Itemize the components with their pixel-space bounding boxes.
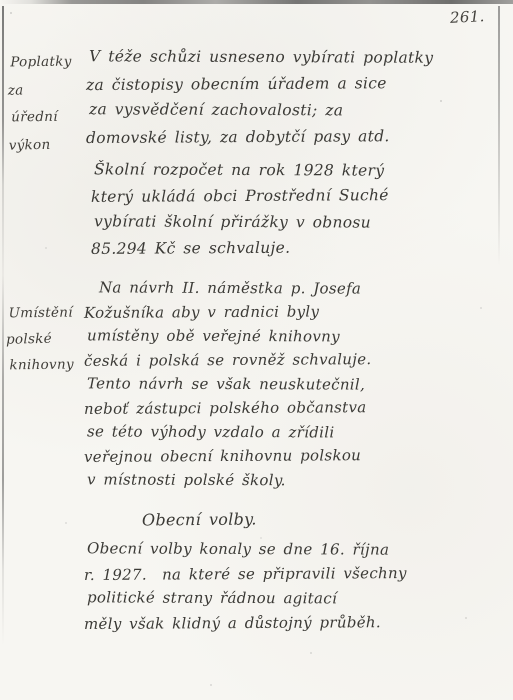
- margin-note-fees: Poplatky za úřední výkon: [9, 48, 72, 159]
- text-line: česká i polská se rovněž schvaluje.: [84, 347, 372, 373]
- text-line: který ukládá obci Prostřední Suché: [91, 182, 389, 210]
- text-line: se této výhody vzdalo a zřídili: [87, 419, 375, 444]
- text-line: Na návrh II. náměstka p. Josefa: [87, 275, 375, 300]
- margin-note-line: knihovny: [9, 352, 74, 379]
- page-number: 261.: [450, 7, 486, 27]
- text-line: v místnosti polské školy.: [87, 467, 375, 492]
- paper-specks: [10, 12, 12, 14]
- text-line: V téže schůzi usneseno vybírati poplatky: [89, 43, 433, 71]
- scan-right-edge-line: [498, 6, 500, 266]
- heading-municipal-elections: Obecní volby.: [142, 509, 257, 529]
- text-line: veřejnou obecní knihovnu polskou: [84, 443, 372, 469]
- margin-note-line: úřední: [11, 104, 73, 132]
- margin-note-line: Poplatky: [10, 49, 72, 77]
- margin-note-line: za: [7, 76, 69, 105]
- scan-edge-artifact: [0, 0, 513, 4]
- text-line: umístěny obě veřejné knihovny: [87, 323, 375, 348]
- scan-left-edge-line: [2, 6, 4, 646]
- text-line: vybírati školní přirážky v obnosu: [94, 208, 392, 235]
- margin-note-polish-library: Umístění polské knihovny: [7, 299, 73, 378]
- text-line: politické strany řádnou agitací: [87, 585, 410, 611]
- paragraph-library-placement: Na návrh II. náměstka p. Josefa Kožušník…: [86, 276, 373, 492]
- text-line: měly však klidný a důstojný průběh.: [84, 610, 407, 636]
- text-line: Obecní volby konaly se dne 16. října: [87, 536, 410, 562]
- paragraph-fees-resolution: V téže schůzi usneseno vybírati poplatky…: [88, 44, 432, 150]
- text-line: r. 1927. na které se připravili všechny: [84, 561, 407, 587]
- text-line: 85.294 Kč se schvaluje.: [91, 234, 389, 262]
- margin-note-line: Umístění: [8, 300, 73, 327]
- paragraph-school-budget: Školní rozpočet na rok 1928 který který …: [93, 157, 391, 261]
- manuscript-page: 261. Poplatky za úřední výkon Umístění p…: [0, 0, 513, 700]
- text-line: Školní rozpočet na rok 1928 který: [94, 156, 392, 183]
- paragraph-municipal-elections: Obecní volby konaly se dne 16. října r. …: [86, 537, 409, 635]
- text-line: Tento návrh se však neuskutečnil,: [87, 371, 375, 396]
- text-line: domovské listy, za dobytčí pasy atd.: [86, 122, 430, 151]
- margin-note-line: výkon: [8, 131, 70, 160]
- text-line: neboť zástupci polského občanstva: [84, 395, 372, 421]
- text-line: za čistopisy obecním úřadem a sice: [86, 69, 430, 98]
- margin-note-line: polské: [6, 325, 71, 353]
- text-line: za vysvědčení zachovalosti; za: [89, 96, 433, 124]
- text-line: Kožušníka aby v radnici byly: [84, 299, 372, 325]
